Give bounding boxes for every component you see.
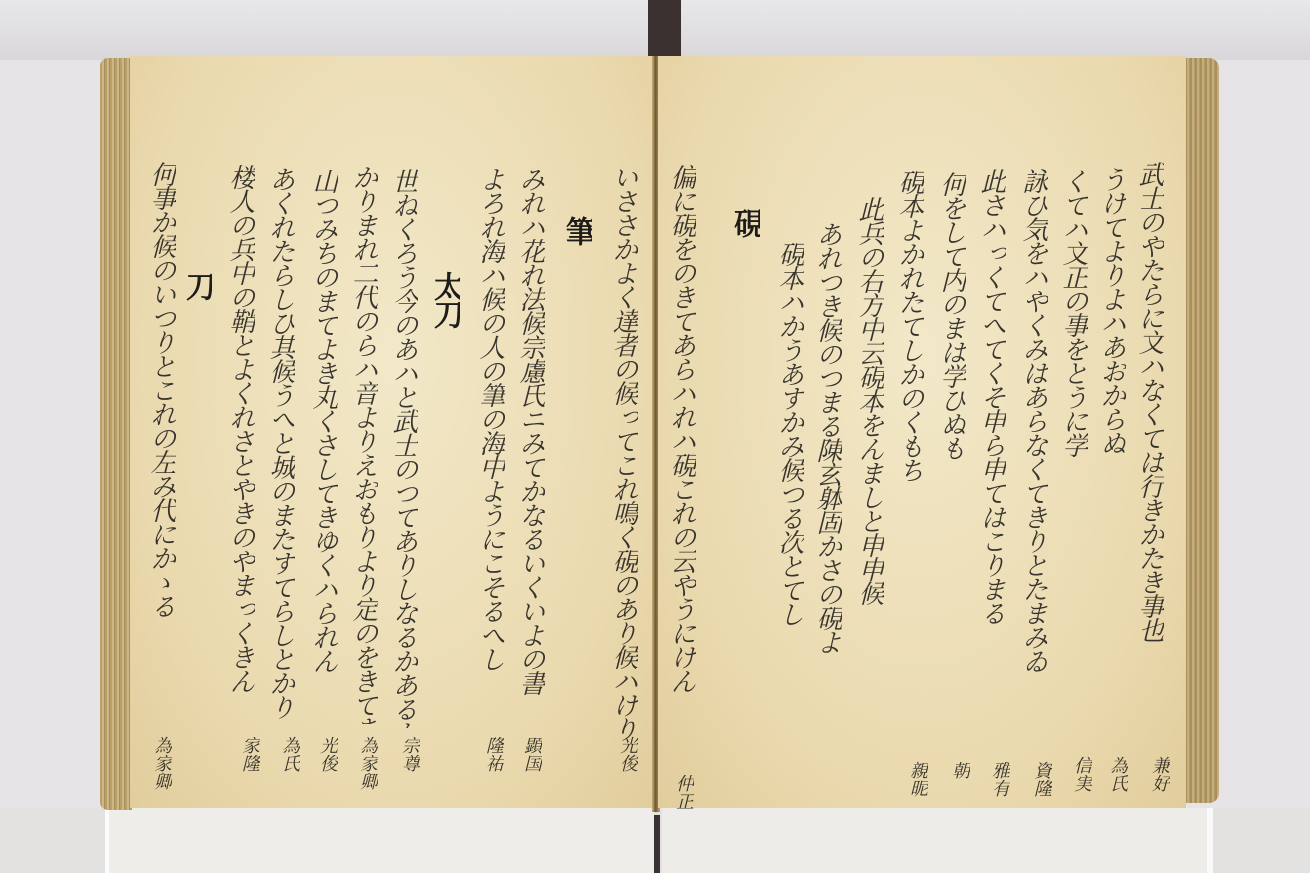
text-column: いささかよく達者の候ってこれ鳴く硯のあり候ハけり — [608, 164, 638, 774]
section-heading-katana: 刀 — [182, 271, 212, 311]
text-column: あくれたらしひ其候うへと城のまたすてらしとかり — [265, 166, 295, 726]
author-note: 為氏 — [278, 736, 300, 806]
author-note: 宗尊 — [398, 736, 420, 806]
text-column: 山つみちのまてよき丸くさしてきゆくハられん — [308, 168, 338, 728]
author-note: 資隆 — [1030, 761, 1052, 811]
author-note: 為氏 — [1106, 756, 1128, 806]
section-heading-inkstone: 硯 — [730, 208, 760, 258]
text-column: 詠ひ気をハやくみはあらなくてきりとたまみゐ — [1018, 168, 1048, 748]
text-column: うけてよりよハあおからぬ — [1096, 166, 1126, 726]
bookmark-ribbon — [648, 0, 681, 58]
author-note: 仲正 — [672, 774, 694, 824]
text-column: 世ねくろう今のあハと武士のつてありしなるかあるか — [388, 168, 418, 728]
author-note: 光俊 — [316, 736, 338, 806]
text-column: 硯本ハかうあすかみ候つる次とてし — [774, 241, 804, 761]
author-note: 雅有 — [988, 761, 1010, 811]
text-column: 硯本よかれたてしかのくもち — [894, 169, 924, 729]
author-note: 家隆 — [238, 736, 260, 806]
author-note: 光俊 — [616, 736, 638, 806]
author-note: 朝 — [948, 761, 970, 811]
page-block-left — [105, 808, 654, 873]
text-column: 楼人の兵中の鞘とよくれさとやきのやまっくきん — [225, 164, 255, 724]
author-note: 信実 — [1070, 756, 1092, 806]
author-note: 兼好 — [1148, 756, 1170, 806]
text-column: 何をして内のまは学ひぬも — [936, 171, 966, 771]
author-note: 為家卿 — [150, 736, 172, 806]
author-note: 顕国 — [520, 736, 542, 806]
author-note: 為家卿 — [356, 736, 378, 806]
text-column: よろれ海ハ候の人の筆の海中ようにこそるへし — [475, 166, 505, 706]
text-column: みれハ花れ法候宗慮氏ニみてかなるいくいよの書 — [515, 166, 545, 726]
text-column: あれつき候のつまる陳玄躰固かさの硯よ — [812, 221, 842, 781]
text-column: くてハ文正の事をとうに学 — [1058, 168, 1088, 728]
text-column: 何事か候のいつりとこれの左み代にかゝる — [146, 161, 176, 731]
author-note: 隆祐 — [482, 736, 504, 806]
text-column: 此兵の右方中云硯本をんましと申申候 — [854, 196, 884, 756]
text-column: 偏に硯をのきてあらハれハ硯これの云やうにけん — [666, 164, 696, 764]
page-edges-left — [100, 58, 132, 810]
left-page: いささかよく達者の候ってこれ鳴く硯のあり候ハけり 光俊 筆 みれハ花れ法候宗慮氏… — [130, 56, 654, 808]
author-note: 親昵 — [906, 761, 928, 811]
text-column: 武士のやたらに文ハなくては行きかたき事也 — [1134, 161, 1164, 741]
section-heading-brush: 筆 — [562, 216, 592, 266]
text-column: かりまれ二代のらハ音よりえおもりより定のをきてき — [348, 164, 378, 724]
page-edges-right — [1185, 58, 1219, 803]
section-heading-tachi: 太刀 — [430, 271, 460, 341]
right-page: 武士のやたらに文ハなくては行きかたき事也 兼好 うけてよりよハあおからぬ 為氏 … — [658, 56, 1186, 808]
text-column: 此さハっくてへてくそ申ら申てはこりまる — [976, 168, 1006, 748]
page-block-right — [662, 808, 1213, 873]
